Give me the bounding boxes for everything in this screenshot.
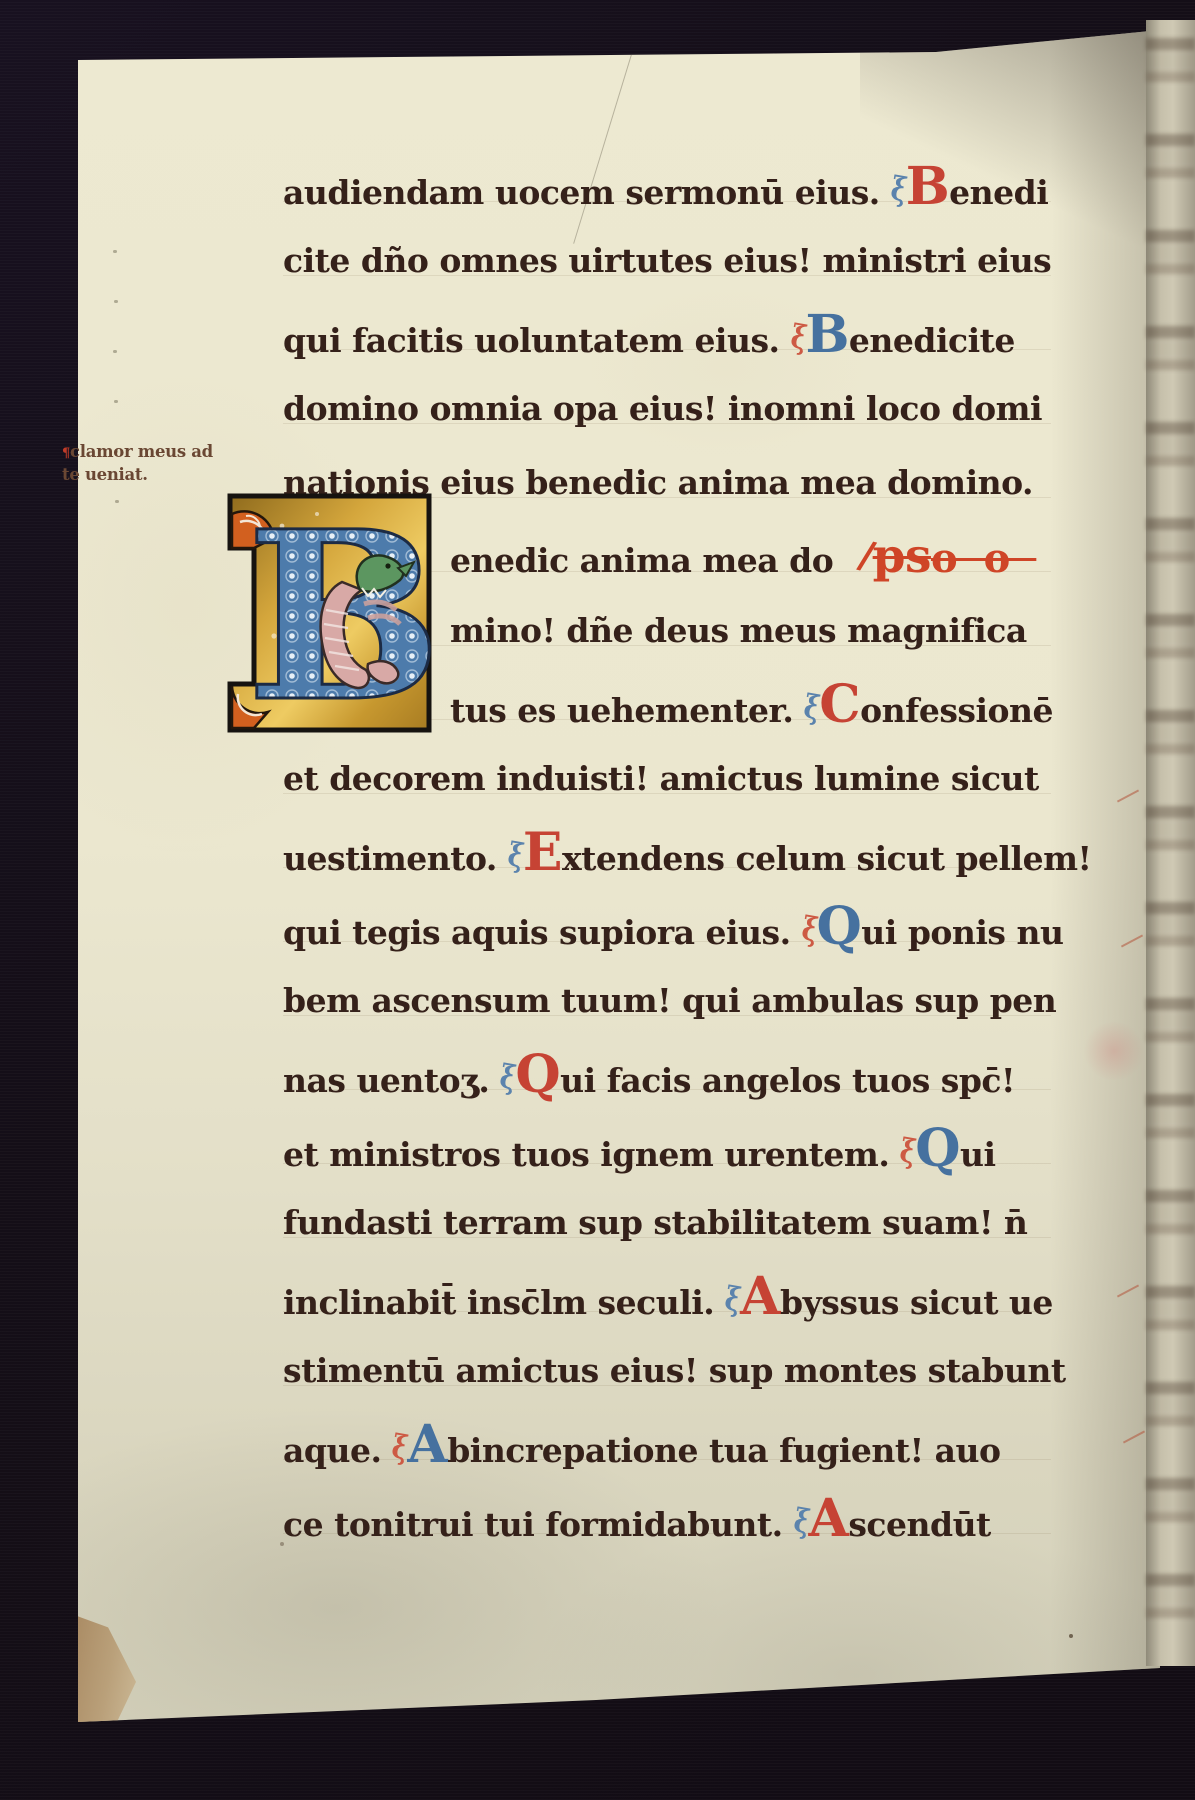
text-segment: mino! dñe deus meus magnifica: [450, 611, 1027, 650]
text-segment: byssus sicut ue: [780, 1283, 1053, 1322]
text-line: et decorem induisti! amictus lumine sicu…: [283, 742, 1051, 816]
text-line: stimentū amictus eius! sup montes stabun…: [283, 1334, 1051, 1408]
text-segment: scendūt: [848, 1505, 990, 1544]
versal-initial: A: [808, 1488, 848, 1549]
manuscript-photograph: audiendam uocem sermonū eius. ξBenedicit…: [0, 0, 1195, 1800]
text-segment: cite dño omnes uirtutes eius! ministri e…: [283, 241, 1051, 280]
text-line: uestimento. ξExtendens celum sicut pelle…: [283, 816, 1051, 890]
text-line: et ministros tuos ignem urentem. ξQui: [283, 1112, 1051, 1186]
paraph-mark: ¶: [62, 446, 70, 461]
text-block: audiendam uocem sermonū eius. ξBenedicit…: [283, 150, 1051, 1556]
text-segment: et decorem induisti! amictus lumine sicu…: [283, 759, 1039, 798]
marginal-note-line2: te ueniat.: [62, 465, 148, 484]
text-segment: et ministros tuos ignem urentem.: [283, 1135, 900, 1174]
versal-initial: A: [407, 1414, 447, 1475]
text-segment: bincrepatione tua fugient! auo: [447, 1431, 1000, 1470]
text-segment: qui facitis uoluntatem eius.: [283, 321, 791, 360]
versal-initial: E: [523, 822, 562, 883]
text-line: cite dño omnes uirtutes eius! ministri e…: [283, 224, 1051, 298]
versal-initial: C: [819, 674, 860, 735]
text-line: audiendam uocem sermonū eius. ξBenedi: [283, 150, 1051, 224]
versal-initial: Q: [915, 1118, 960, 1179]
text-segment: inclinabit̄ insc̄lm seculi.: [283, 1283, 725, 1322]
text-segment: audiendam uocem sermonū eius.: [283, 173, 891, 212]
text-segment: xtendens celum sicut pellem!: [562, 839, 1092, 878]
text-line: aque. ξAbincrepatione tua fugient! auo: [283, 1408, 1051, 1482]
text-segment: enedic anima mea do: [450, 541, 833, 580]
bottom-left-stain: [74, 1610, 136, 1734]
text-segment: enedi: [949, 173, 1048, 212]
text-segment: fundasti terram sup stabilitatem suam! n…: [283, 1203, 1027, 1242]
text-line: inclinabit̄ insc̄lm seculi. ξAbyssus sic…: [283, 1260, 1051, 1334]
text-line: domino omnia opa eius! inomni loco domi: [283, 372, 1051, 446]
facing-page-blurred-text: [1146, 20, 1195, 1666]
text-segment: ui ponis nu: [861, 913, 1063, 952]
text-line: nas uentoʒ. ξQui facis angelos tuos spc̄…: [283, 1038, 1051, 1112]
text-segment: uestimento.: [283, 839, 508, 878]
versal-initial: B: [906, 156, 949, 217]
parchment-page: audiendam uocem sermonū eius. ξBenedicit…: [76, 28, 1160, 1726]
pricking-hole: [114, 400, 118, 403]
text-segment: nas uentoʒ.: [283, 1061, 500, 1100]
versal-initial: A: [740, 1266, 780, 1327]
illuminated-initial-art: B: [222, 486, 450, 740]
rubric-mark: ps: [873, 529, 931, 584]
rubric-mark: oo: [931, 535, 1036, 582]
facing-page-edge: [1146, 20, 1195, 1666]
versal-initial: Q: [817, 896, 862, 957]
text-line: qui tegis aquis supiora eius. ξQui ponis…: [283, 890, 1051, 964]
ink-speck: [1069, 1634, 1073, 1638]
text-segment: ce tonitrui tui formidabunt.: [283, 1505, 794, 1544]
marginal-note: ¶clamor meus ad te ueniat.: [62, 441, 242, 485]
pricking-hole: [114, 300, 118, 303]
text-segment: aque.: [283, 1431, 392, 1470]
text-line: qui facitis uoluntatem eius. ξBenedicite: [283, 298, 1051, 372]
text-line: fundasti terram sup stabilitatem suam! n…: [283, 1186, 1051, 1260]
pricking-hole: [113, 350, 117, 353]
text-segment: qui tegis aquis supiora eius.: [283, 913, 802, 952]
text-segment: domino omnia opa eius! inomni loco domi: [283, 389, 1042, 428]
text-segment: stimentū amictus eius! sup montes stabun…: [283, 1351, 1066, 1390]
pricking-hole: [113, 250, 117, 253]
text-segment: ui facis angelos tuos spc̄!: [560, 1061, 1015, 1100]
text-line: bem ascensum tuum! qui ambulas sup pen: [283, 964, 1051, 1038]
text-segment: bem ascensum tuum! qui ambulas sup pen: [283, 981, 1056, 1020]
text-segment: tus es uehementer.: [450, 691, 804, 730]
text-segment: ui: [960, 1135, 996, 1174]
pricking-hole: [115, 500, 119, 503]
illuminated-initial-B: B: [222, 486, 450, 740]
versal-initial: B: [805, 304, 848, 365]
text-segment: enedicite: [849, 321, 1015, 360]
marginal-note-line1: clamor meus ad: [70, 442, 213, 461]
text-segment: onfessionē: [860, 691, 1053, 730]
pink-offset-smudge: [1082, 1022, 1146, 1080]
versal-initial: Q: [515, 1044, 560, 1105]
